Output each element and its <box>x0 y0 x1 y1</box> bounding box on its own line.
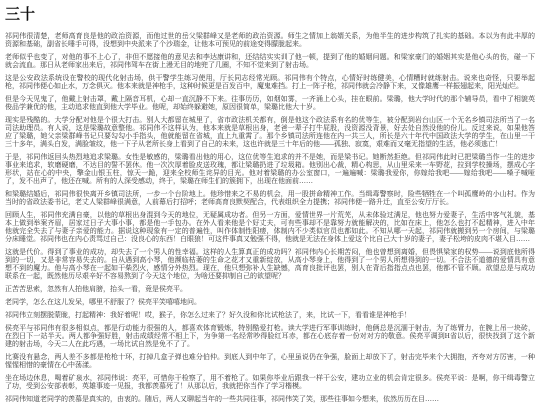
paragraph: 这是公安政法系统设在警校的现代化射击场，供干警学生练习使用，厅长同志经常光顾。祁… <box>5 74 535 90</box>
novel-page: 三十 祁同伟很清楚，老师高育良是他的政治资源，而他过世的岳父梁群峰又是老师的政治… <box>0 0 540 405</box>
paragraph: 正苦苦思索，忽然有人拍他肩膀，抬头一看，竟是侯亮平。 <box>5 285 535 293</box>
chapter-title: 三十 <box>5 6 535 23</box>
paragraph: 老师似乎也变了，对他的事不上心了，非但不愿接他的意见去和李达康讲和，还结结实实训… <box>5 53 535 69</box>
paragraph: 坐在场边休息，喝着矿泉水，祁同伟说：亮平，可惜你干检察了，用不着枪了。如果你毕业… <box>5 374 535 390</box>
paragraph: 祁同伟知道老同学的羡慕是真实的，由衷的。随后，两人又聊起当年的一些共同往事，祁同… <box>5 395 535 403</box>
paragraph: 老同学，怎么在这儿发呆，哪里不舒服了？侯亮平笑嘻嘻地问。 <box>5 298 535 306</box>
paragraph: 和梁璐结婚后，祁同伟很快离开乡镇司法所，一步一个台阶地上。他珍惜来之不易的机会，… <box>5 190 535 206</box>
paragraph: 现实是残酷的。大学分配对他是个很大打击。别人大都留在城里了，省市政法机关都有，倒… <box>5 116 535 148</box>
paragraph: 侯亮平与祁同伟有很多相似点，都是行动能力很强的人，都喜欢体育锻炼，特别酷爱打枪。… <box>5 324 535 348</box>
paragraph: 回顾人生，祁同伟充满自豪，以他的草根出身混到今天的地位，无疑属成功者。但另一方面… <box>5 211 535 243</box>
paragraph: 这就是代价。得到了事业的成功，却失去了一个男人的性幸福。这样的人生算真正的成功吗… <box>5 248 535 280</box>
paragraph: 祁同伟立刻摆脱蒙眬，打起精神：我好着呢！哎，猴子，你怎么过来了？好久没和你比试枪… <box>5 311 535 319</box>
paragraph: 祁同伟很清楚，老师高育良是他的政治资源，而他过世的岳父梁群峰又是老师的政治资源。… <box>5 32 535 48</box>
paragraph: 但是今天见鬼了，他戴上射击罩，戴上隔音耳机，心却一直沉静不下来。往事历历，如烟如… <box>5 95 535 111</box>
paragraph: 于是，祁同伟返回头热烈地追求梁璐。女性是敏感的，梁璐看出他的用心，这位优等生追求… <box>5 153 535 185</box>
paragraph: 比赛没有悬念，两人差不多都是枪枪十环，打掉几盒子弹也难分伯仲。到底人到中年了，心… <box>5 353 535 369</box>
